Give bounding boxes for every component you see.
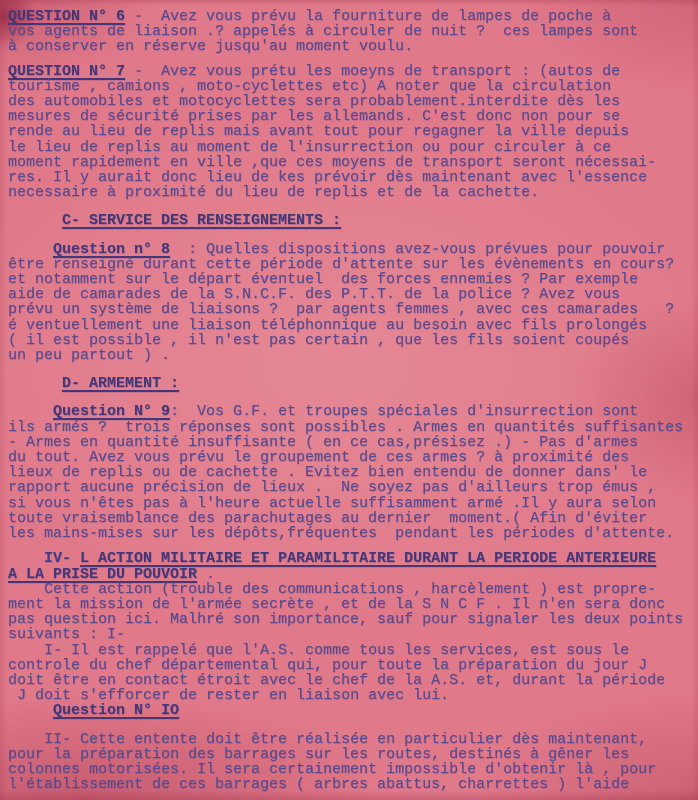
text-line: doit être en contact étroit avec le chef… — [8, 673, 694, 688]
text-line: suivants : I- — [8, 627, 694, 642]
text-line: A LA PRISE DU POUVOIR . — [8, 567, 694, 582]
text-line: toute vraisemblance des parachutages au … — [8, 511, 694, 526]
text-line: J doit s'efforcer de rester en liaison a… — [8, 688, 694, 703]
text-line: é ventuellement une liaison téléphonniqu… — [8, 318, 694, 333]
text-line: rende au lieu de replis mais avant tout … — [8, 124, 694, 139]
text-line: Question N° IO — [8, 703, 694, 718]
line-indent — [8, 212, 62, 229]
line-text: l'établissement de ces barrages ( arbres… — [8, 776, 629, 793]
line-heading: C- SERVICE DES RENSEIGNEMENTS : — [62, 212, 341, 229]
text-line: Question n° 8 : Quelles dispositions ave… — [8, 242, 694, 257]
line-text: un peu partout ) . — [8, 347, 170, 364]
text-line: - Armes en quantité insuffisante ( en ce… — [8, 435, 694, 450]
line-text: necessaire à proximité du lieu de replis… — [8, 184, 539, 201]
text-line: prévu un système de liaisons ? par agent… — [8, 302, 694, 317]
text-line: pas question ici. Malhré son importance,… — [8, 612, 694, 627]
line-indent — [8, 375, 62, 392]
text-line: C- SERVICE DES RENSEIGNEMENTS : — [8, 213, 694, 228]
text-line: QUESTION N° 7 - Avez vous prétu les moey… — [8, 64, 694, 79]
text-line: QUESTION N° 6 - Avez vous prévu la fourn… — [8, 9, 694, 24]
section-heading-c-renseignements: C- SERVICE DES RENSEIGNEMENTS : — [8, 213, 694, 228]
text-line: un peu partout ) . — [8, 348, 694, 363]
text-line: necessaire à proximité du lieu de replis… — [8, 185, 694, 200]
text-line: du tout. Avez vous prévu le groupement d… — [8, 450, 694, 465]
paragraph-question-9: Question N° 9: Vos G.F. et troupes spéci… — [8, 404, 694, 541]
text-line: aide de camarades de la S.N.C.F. des P.T… — [8, 287, 694, 302]
text-line: moment rapidement en ville ,que ces moye… — [8, 155, 694, 170]
text-line: les mains-mises sur les dépôts,fréquente… — [8, 526, 694, 541]
text-line: res. Il y aurait donc lieu de kes prévoi… — [8, 170, 694, 185]
line-text: les mains-mises sur les dépôts,fréquente… — [8, 525, 674, 542]
section-heading-iv-action-militaire: IV- L ACTION MILITAIRE ET PARAMILITAIRE … — [8, 551, 694, 718]
line-indent — [8, 702, 53, 719]
text-line: lieux de replis ou de cachette . Evitez … — [8, 465, 694, 480]
text-line: IV- L ACTION MILITAIRE ET PARAMILITAIRE … — [8, 551, 694, 566]
paragraph-question-7: QUESTION N° 7 - Avez vous prétu les moey… — [8, 64, 694, 201]
text-line: Question N° 9: Vos G.F. et troupes spéci… — [8, 404, 694, 419]
text-line: l'établissement de ces barrages ( arbres… — [8, 777, 694, 792]
text-line: si vous n'êtes pas à l'heure actuelle su… — [8, 496, 694, 511]
text-line: à conserver en réserve jusqu'au moment v… — [8, 39, 694, 54]
line-heading: Question N° IO — [53, 702, 179, 719]
text-line: controle du chef départemental qui, pour… — [8, 658, 694, 673]
text-line: Cette action (trouble des communications… — [8, 582, 694, 597]
text-line: colonnes motorisées. Il sera certainemen… — [8, 762, 694, 777]
section-heading-d-armement: D- ARMEMENT : — [8, 376, 694, 391]
text-line: D- ARMEMENT : — [8, 376, 694, 391]
line-heading: D- ARMEMENT : — [62, 375, 179, 392]
text-line: mesures de sécurité prises par les allem… — [8, 109, 694, 124]
text-line: tourisme , camions , moto-cyclettes etc)… — [8, 79, 694, 94]
document-page: QUESTION N° 6 - Avez vous prévu la fourn… — [0, 0, 698, 800]
text-line: et notamment sur le départ éventuel des … — [8, 272, 694, 287]
text-line: ment la mission de l'armée secrète , et … — [8, 597, 694, 612]
text-line: le lieu de replis au moment de l'insurre… — [8, 140, 694, 155]
paragraph-question-8: Question n° 8 : Quelles dispositions ave… — [8, 242, 694, 364]
text-line: II- Cette entente doit être réalisée en … — [8, 732, 694, 747]
text-line: I- Il est rappelé que l'A.S. comme tous … — [8, 643, 694, 658]
text-line: ils armés ? trois réponses sont possible… — [8, 420, 694, 435]
text-line: être renseigné durant cette période d'at… — [8, 257, 694, 272]
paragraph-question-6: QUESTION N° 6 - Avez vous prévu la fourn… — [8, 9, 694, 55]
text-line: rapport aucune précision de lieux . Ne s… — [8, 480, 694, 495]
text-line: des automobiles et motocyclettes sera pr… — [8, 94, 694, 109]
paragraph-question-10: II- Cette entente doit être réalisée en … — [8, 732, 694, 793]
line-text: à conserver en réserve jusqu'au moment v… — [8, 38, 413, 55]
text-line: pour la préparation des barrages sur les… — [8, 747, 694, 762]
text-line: vos agents de liaison .? appelés à circu… — [8, 24, 694, 39]
text-line: ( il est possible , il n'est pas certain… — [8, 333, 694, 348]
